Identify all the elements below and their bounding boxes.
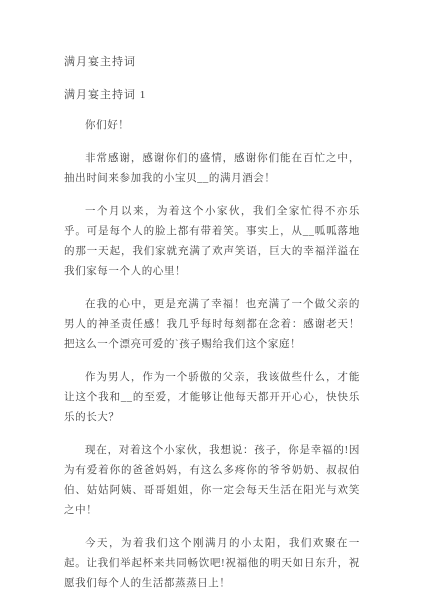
document-title: 满月宴主持词 <box>64 52 360 72</box>
paragraph-greeting: 你们好！ <box>64 116 360 136</box>
paragraph-toast: 今天，为着我们这个刚满月的小太阳，我们欢聚在一起。让我们举起杯来共同畅饮吧!祝福… <box>64 534 360 594</box>
document-page: 满月宴主持词 满月宴主持词 1 你们好！ 非常感谢，感谢你们的盛情，感谢你们能在… <box>0 0 424 600</box>
paragraph-father-heart: 在我的心中，更是充满了幸福！也充满了一个做父亲的男人的神圣责任感！我几乎每时每刻… <box>64 295 360 355</box>
paragraph-as-a-man: 作为男人，作为一个骄傲的父亲，我该做些什么，才能让这个我和__的至爱，才能够让他… <box>64 368 360 428</box>
document-subtitle: 满月宴主持词 1 <box>64 85 360 105</box>
paragraph-one-month: 一个月以来，为着这个小家伙，我们全家忙得不亦乐乎。可是每个人的脸上都有带着笑。事… <box>64 202 360 282</box>
paragraph-to-the-child: 现在，对着这个小家伙，我想说：孩子，你是幸福的!因为有爱着你的爸爸妈妈，有这么多… <box>64 441 360 521</box>
paragraph-thanks: 非常感谢，感谢你们的盛情，感谢你们能在百忙之中，抽出时间来参加我的小宝贝__的满… <box>64 149 360 189</box>
